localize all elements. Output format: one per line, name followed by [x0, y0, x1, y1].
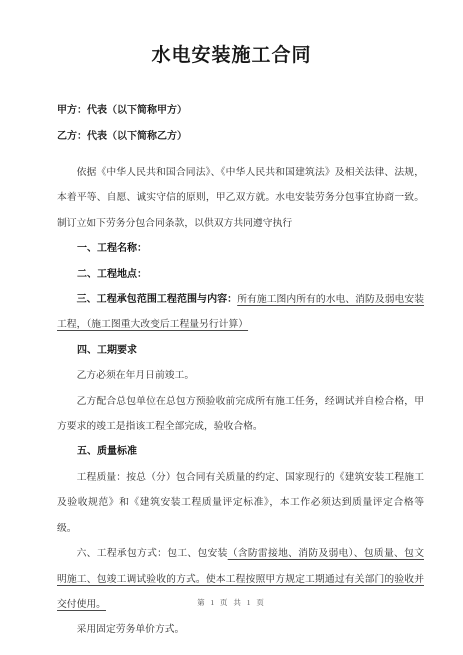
- intro-paragraph: 依据《中华人民共和国合同法》、《中华人民共和国建筑法》及相关法律、法规，本着平等…: [57, 160, 424, 236]
- section-1-heading: 一、工程名称：: [57, 236, 424, 261]
- section-2-heading: 二、工程地点：: [57, 262, 424, 287]
- document-title: 水电安装施工合同: [0, 42, 463, 70]
- section-3-heading: 三、工程承包范围工程范围与内容：: [77, 294, 238, 305]
- section-4-heading: 四、工期要求: [57, 338, 424, 363]
- section-4-paragraph-2: 乙方配合总包单位在总包方预验收前完成所有施工任务，经调试并自检合格，甲方要求的竣…: [57, 389, 424, 440]
- section-5-paragraph-1: 工程质量：按总（分）包合同有关质量的约定、国家现行的《建筑安装工程施工及验收规范…: [57, 465, 424, 541]
- page-number-indicator: 第 1 页 共 1 页: [0, 597, 463, 608]
- section-5-heading: 五、质量标准: [57, 439, 424, 464]
- section-4-paragraph-1: 乙方必须在年月日前竣工。: [57, 363, 424, 388]
- section-6-lead-text: 六、工程承包方式：包工、包安装: [77, 548, 228, 559]
- party-b-line: 乙方：代表（以下简称乙方）: [57, 124, 424, 150]
- section-7-paragraph: 采用固定劳务单价方式。: [57, 617, 424, 642]
- party-a-line: 甲方：代表（以下简称甲方）: [57, 98, 424, 124]
- contract-page: 水电安装施工合同 甲方：代表（以下简称甲方） 乙方：代表（以下简称乙方） 依据《…: [0, 0, 463, 655]
- section-3-paragraph: 三、工程承包范围工程范围与内容：所有施工图内所有的水电、消防及弱电安装工程，（施…: [57, 287, 424, 338]
